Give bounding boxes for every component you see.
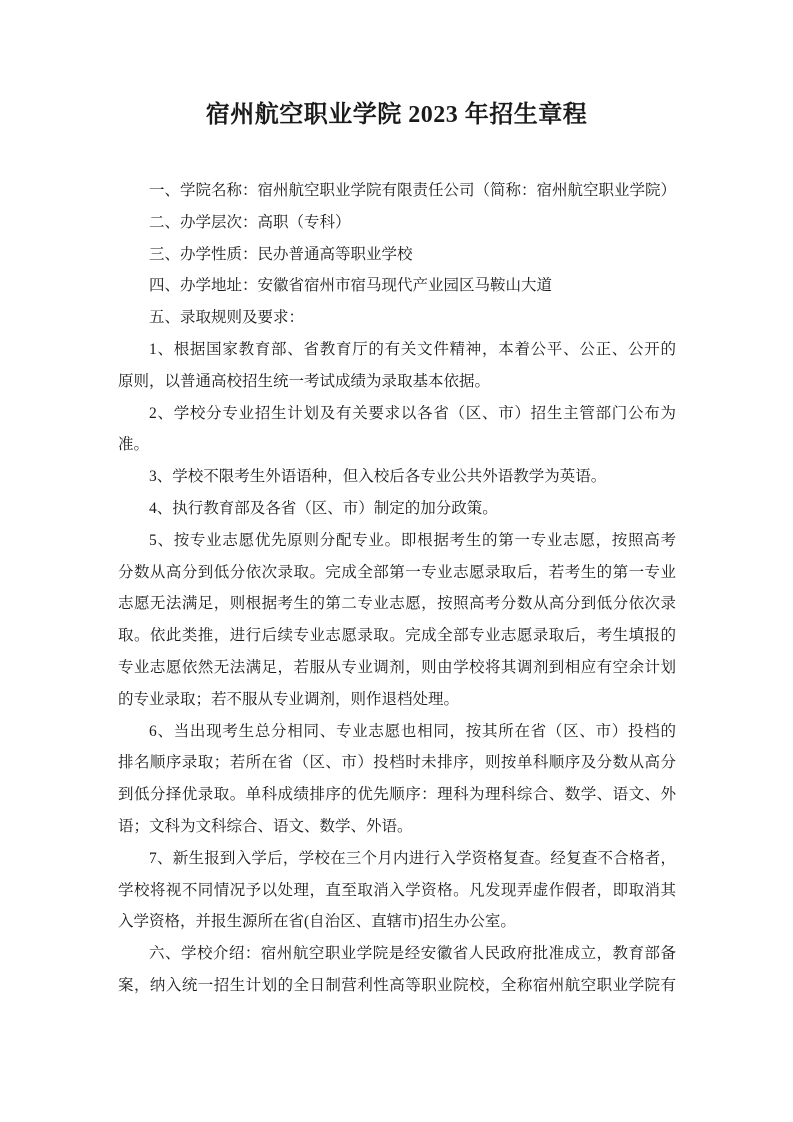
text-line: 二、办学层次：高职（专科） [118, 207, 676, 239]
text-line: 准。 [118, 429, 676, 461]
text-line: 语；文科为文科综合、语文、数学、外语。 [118, 811, 676, 843]
text-line: 分数从高分到低分依次录取。完成全部第一专业志愿录取后，若考生的第一专业 [118, 557, 676, 589]
text-line: 2、学校分专业招生计划及有关要求以各省（区、市）招生主管部门公布为 [118, 398, 676, 430]
page-title: 宿州航空职业学院 2023 年招生章程 [0, 97, 793, 133]
document-body: 一、学院名称：宿州航空职业学院有限责任公司（简称：宿州航空职业学院）二、办学层次… [118, 175, 676, 1002]
text-line: 五、录取规则及要求： [118, 302, 676, 334]
text-line: 排名顺序录取；若所在省（区、市）投档时未排序，则按单科顺序及分数从高分 [118, 747, 676, 779]
text-line: 三、办学性质：民办普通高等职业学校 [118, 239, 676, 271]
text-line: 取。依此类推，进行后续专业志愿录取。完成全部专业志愿录取后，考生填报的 [118, 620, 676, 652]
text-line: 原则，以普通高校招生统一考试成绩为录取基本依据。 [118, 366, 676, 398]
text-line: 1、根据国家教育部、省教育厅的有关文件精神，本着公平、公正、公开的 [118, 334, 676, 366]
text-line: 4、执行教育部及各省（区、市）制定的加分政策。 [118, 493, 676, 525]
text-line: 到低分择优录取。单科成绩排序的优先顺序：理科为理科综合、数学、语文、外 [118, 779, 676, 811]
document-page: 宿州航空职业学院 2023 年招生章程 一、学院名称：宿州航空职业学院有限责任公… [0, 0, 793, 1122]
text-line: 四、办学地址：安徽省宿州市宿马现代产业园区马鞍山大道 [118, 270, 676, 302]
text-line: 的专业录取；若不服从专业调剂，则作退档处理。 [118, 684, 676, 716]
text-line: 入学资格，并报生源所在省(自治区、直辖市)招生办公室。 [118, 906, 676, 938]
text-line: 6、当出现考生总分相同、专业志愿也相同，按其所在省（区、市）投档的 [118, 716, 676, 748]
text-line: 专业志愿依然无法满足，若服从专业调剂，则由学校将其调剂到相应有空余计划 [118, 652, 676, 684]
text-line: 一、学院名称：宿州航空职业学院有限责任公司（简称：宿州航空职业学院） [118, 175, 676, 207]
text-line: 7、新生报到入学后，学校在三个月内进行入学资格复查。经复查不合格者， [118, 843, 676, 875]
text-line: 案，纳入统一招生计划的全日制营利性高等职业院校，全称宿州航空职业学院有 [118, 970, 676, 1002]
text-line: 六、学校介绍：宿州航空职业学院是经安徽省人民政府批准成立，教育部备 [118, 938, 676, 970]
text-line: 3、学校不限考生外语语种，但入校后各专业公共外语教学为英语。 [118, 461, 676, 493]
text-line: 志愿无法满足，则根据考生的第二专业志愿，按照高考分数从高分到低分依次录 [118, 588, 676, 620]
text-line: 5、按专业志愿优先原则分配专业。即根据考生的第一专业志愿，按照高考 [118, 525, 676, 557]
text-line: 学校将视不同情况予以处理，直至取消入学资格。凡发现弄虚作假者，即取消其 [118, 875, 676, 907]
